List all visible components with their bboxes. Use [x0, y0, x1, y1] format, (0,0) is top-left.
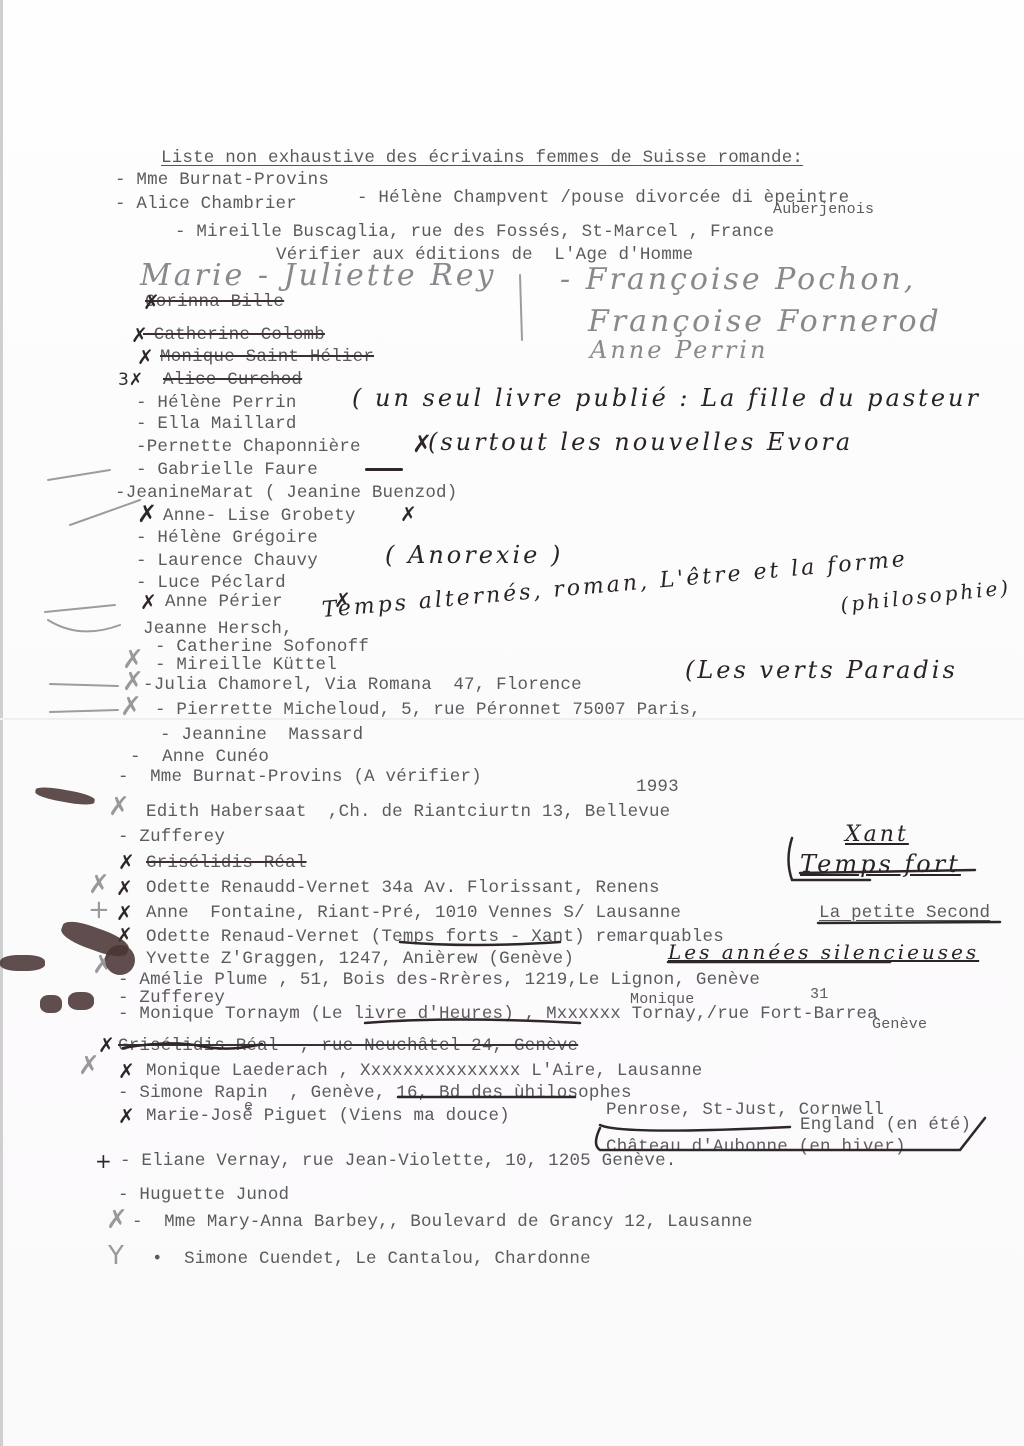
document-page: Liste non exhaustive des écrivains femme…	[0, 0, 1024, 1446]
annotation-strokes	[0, 0, 1024, 1446]
